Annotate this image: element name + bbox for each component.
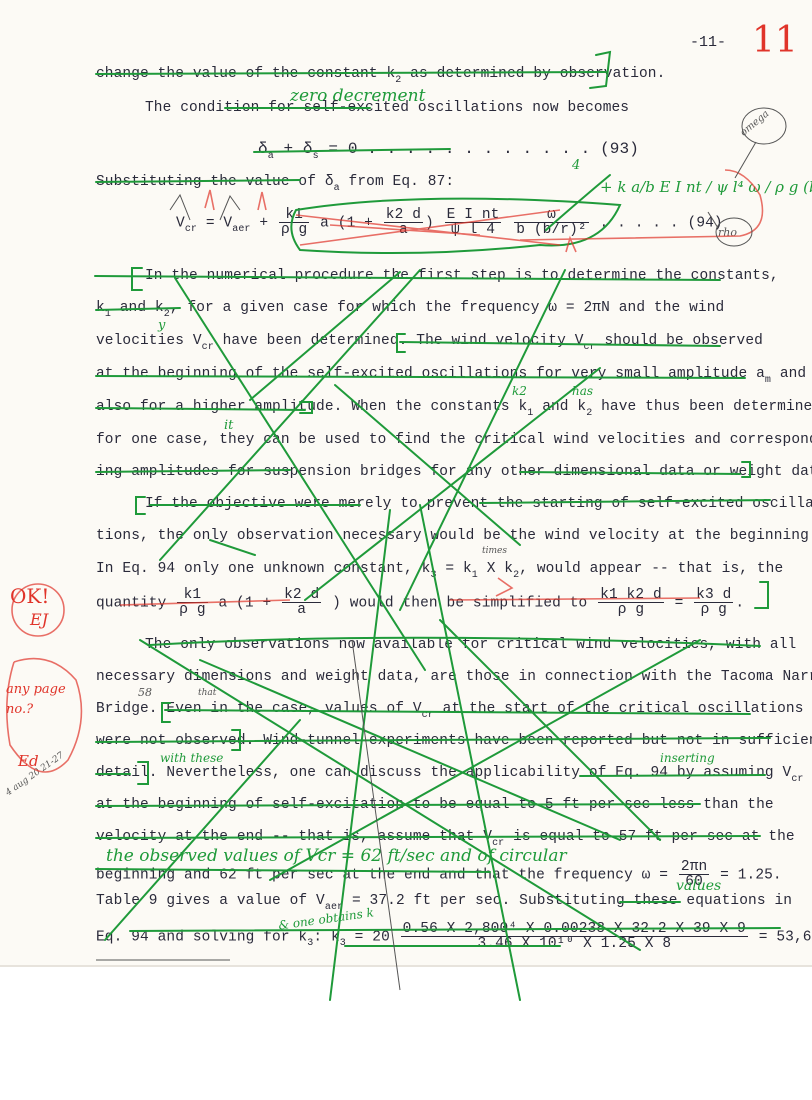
annotation-values: values xyxy=(676,878,721,894)
para1-line5: also for a higher amplitude. When the co… xyxy=(96,399,812,415)
para3-line10: Eq. 94 and solving for k3: k3 = 20 0.56 … xyxy=(96,922,812,951)
text-line-2: The condition for self-excited oscillati… xyxy=(145,100,629,116)
annotation-ok: OK! xyxy=(10,584,49,608)
para2-line1: If the objective were merely to prevent … xyxy=(145,496,812,512)
text-line-4: Substituting the value of δa from Eq. 87… xyxy=(96,174,454,190)
annotation-power-4: 4 xyxy=(572,158,580,173)
page-edge xyxy=(0,965,812,967)
document-page: -11- 11 change the value of the constant… xyxy=(0,0,812,965)
equation-93: δa + δs = 0 . . . . . . . . . . . . (93) xyxy=(258,140,639,158)
para3-line7: velocity at the end -- that is, assume t… xyxy=(96,829,795,845)
annotation-ok-initials: EJ xyxy=(30,610,48,629)
para3-line5: detail. Nevertheless, one can discuss th… xyxy=(96,765,804,781)
para3-line6: at the beginning of self-excitation to b… xyxy=(96,797,774,813)
annotation-omega-bubble: omega xyxy=(738,108,771,138)
annotation-with-these: with these xyxy=(160,751,223,765)
para1-line2: k1 and k2, for a given case for which th… xyxy=(96,300,724,316)
equation-94: Vcr = Vaer + k1ρ g a (1 + k2 da) E I ntψ… xyxy=(176,208,723,237)
page-number-annotation: 11 xyxy=(752,20,798,61)
para1-line3: velocities Vcr have been determined. The… xyxy=(96,333,763,349)
annotation-that: that xyxy=(198,688,216,698)
annotation-has: has xyxy=(572,384,593,398)
para3-line2: necessary dimensions and weight data, ar… xyxy=(96,669,812,685)
annotation-inserting: inserting xyxy=(660,751,715,765)
para3-line4: were not observed. Wind-tunnel experimen… xyxy=(96,733,812,749)
para1-line7: ing amplitudes for suspension bridges fo… xyxy=(96,464,812,480)
annotation-rho-bubble: rho xyxy=(718,226,737,239)
text-line-1: change the value of the constant k2 as d… xyxy=(96,66,665,82)
para3-line9: Table 9 gives a value of Vaer = 37.2 ft … xyxy=(96,893,792,909)
annotation-y: y xyxy=(158,318,165,333)
annotation-formula-addition: + k a/b E I nt / ψ l⁴ ω / ρ g (b/r)² xyxy=(600,178,812,196)
para2-line2: tions, the only observation necessary wo… xyxy=(96,528,812,544)
annotation-k2: k2 xyxy=(512,384,527,398)
annotation-58: 58 xyxy=(138,686,152,699)
para3-line3: Bridge. Even in the case, values of Vcr … xyxy=(96,701,804,717)
para3-line1: The only observations now available for … xyxy=(145,637,796,653)
para1-line1: In the numerical procedure the first ste… xyxy=(145,268,779,284)
annotation-it: it xyxy=(224,418,233,433)
page-number: -11- xyxy=(690,34,726,51)
para2-line3: In Eq. 94 only one unknown constant, k3 … xyxy=(96,561,783,577)
para1-line4: at the beginning of the self-excited osc… xyxy=(96,366,806,382)
annotation-any-page: any page no.? xyxy=(6,680,66,720)
para1-line6: for one case, they can be used to find t… xyxy=(96,432,812,448)
annotation-times: times xyxy=(482,546,507,556)
para2-line4: quantity k1ρ g a (1 + k2 da ) would then… xyxy=(96,588,744,617)
